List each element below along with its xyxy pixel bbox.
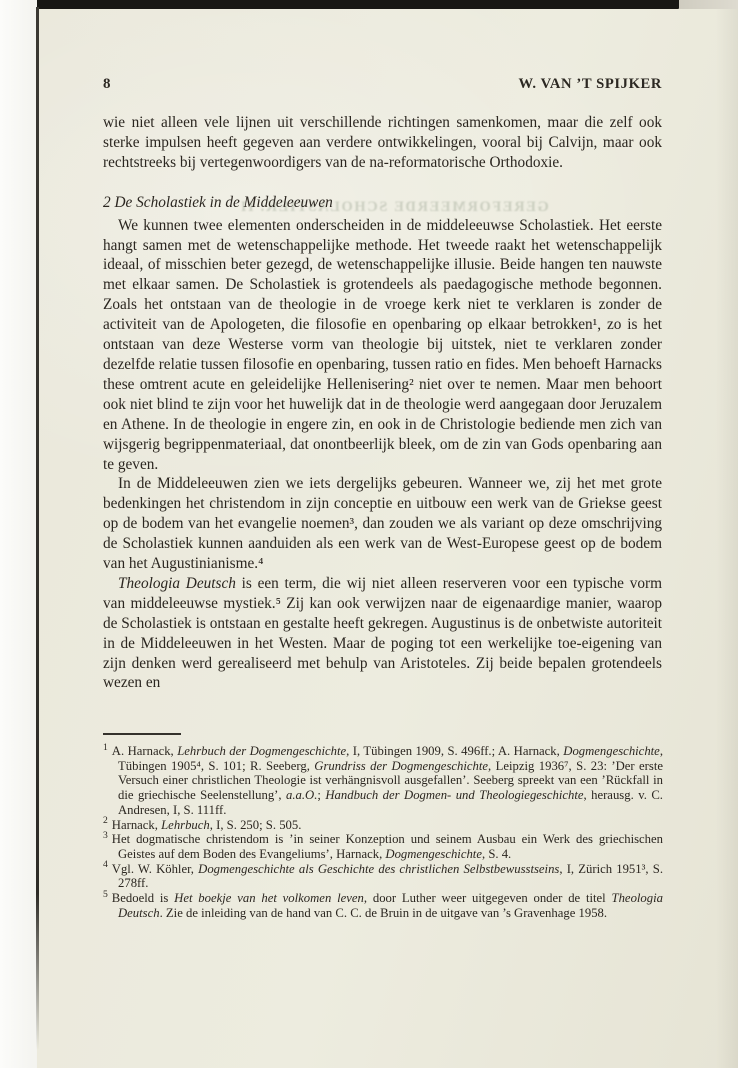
- footnote: 1A. Harnack, Lehrbuch der Dogmengeschich…: [103, 744, 663, 818]
- body-text: wie niet alleen vele lijnen uit verschil…: [103, 113, 662, 693]
- scanned-page: { "page": { "number": "8", "running_head…: [0, 0, 738, 1068]
- section-heading: 2 De Scholastiek in de Middeleeuwen: [103, 193, 662, 213]
- page-number: 8: [103, 76, 111, 93]
- italic-text-run: Dogmengeschichte: [385, 847, 482, 861]
- italic-text-run: a.a.O.: [286, 788, 317, 802]
- paragraph: Theologia Deutsch is een term, die wij n…: [103, 574, 662, 693]
- footnote-marker: 2: [103, 815, 108, 826]
- text-run: In de Middeleeuwen zien we iets dergelij…: [103, 475, 662, 572]
- italic-text-run: Dogmengeschichte als Geschichte des chri…: [198, 862, 559, 876]
- italic-text-run: Lehrbuch der Dogmengeschichte: [177, 744, 346, 758]
- running-head: W. VAN ’T SPIJKER: [519, 76, 662, 93]
- paragraph: We kunnen twee elementen onderscheiden i…: [103, 216, 662, 475]
- text-run: Vgl. W. Köhler,: [112, 862, 198, 876]
- text-run: is een term, die wij niet alleen reserve…: [103, 575, 662, 692]
- text-run: , I, Tübingen 1909, S. 496ff.; A. Harnac…: [346, 744, 563, 758]
- text-run: . Zie de inleiding van de hand van C. C.…: [160, 906, 607, 920]
- footnote: 5Bedoeld is Het boekje van het volkomen …: [103, 891, 663, 920]
- text-run: , S. 4.: [482, 847, 511, 861]
- footnote-marker: 5: [103, 889, 108, 900]
- page-top-edge: [37, 0, 679, 9]
- footnote: 4Vgl. W. Köhler, Dogmengeschichte als Ge…: [103, 862, 663, 891]
- footnotes-section: 1A. Harnack, Lehrbuch der Dogmengeschich…: [103, 733, 663, 920]
- footnote: 3Het dogmatische christendom is ’in sein…: [103, 832, 663, 861]
- italic-text-run: Lehrbuch: [161, 818, 210, 832]
- text-run: A. Harnack,: [112, 744, 177, 758]
- paragraph: wie niet alleen vele lijnen uit verschil…: [103, 113, 662, 173]
- text-run: Bedoeld is: [112, 891, 174, 905]
- italic-text-run: Het boekje van het volkomen leven: [174, 891, 364, 905]
- page-top-corner: [679, 0, 738, 9]
- text-run: wie niet alleen vele lijnen uit verschil…: [103, 114, 662, 171]
- footnote: 2Harnack, Lehrbuch, I, S. 250; S. 505.: [103, 818, 663, 833]
- italic-text-run: Theologia Deutsch: [118, 575, 236, 592]
- italic-text-run: Handbuch der Dogmen- und Theologiegeschi…: [325, 788, 583, 802]
- footnote-separator-rule: [103, 733, 181, 735]
- footnote-marker: 4: [103, 859, 108, 870]
- footnotes-list: 1A. Harnack, Lehrbuch der Dogmengeschich…: [103, 744, 663, 920]
- paragraph: In de Middeleeuwen zien we iets dergelij…: [103, 474, 662, 574]
- page-header: 8 W. VAN ’T SPIJKER: [103, 76, 662, 93]
- text-run: We kunnen twee elementen onderscheiden i…: [103, 217, 662, 473]
- scanner-margin: [0, 0, 37, 1068]
- page-edge-shadow: [716, 0, 738, 1068]
- footnote-marker: 3: [103, 830, 108, 841]
- footnote-marker: 1: [103, 742, 108, 753]
- page-left-edge: [36, 7, 39, 1050]
- text-run: , I, S. 250; S. 505.: [210, 818, 302, 832]
- italic-text-run: Dogmengeschichte: [563, 744, 660, 758]
- italic-text-run: Grundriss der Dogmengeschichte: [314, 759, 488, 773]
- text-run: , door Luther weer uitgegeven onder de t…: [364, 891, 612, 905]
- text-run: Harnack,: [112, 818, 161, 832]
